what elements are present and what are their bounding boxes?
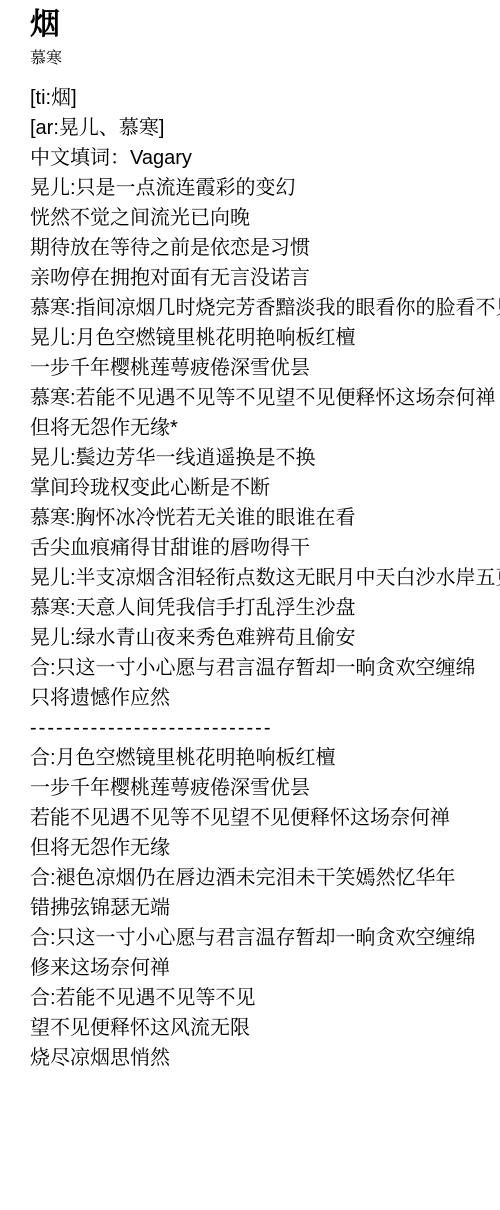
lyric-line: 慕寒:指间凉烟几时烧完芳香黯淡我的眼看你的脸看不见 [30,293,500,323]
lyric-line: 望不见便释怀这风流无限 [30,1013,500,1043]
lyric-line: 若能不见遇不见等不见望不见便释怀这场奈何禅 [30,803,500,833]
lyric-line: 慕寒:天意人间凭我信手打乱浮生沙盘 [30,593,500,623]
lyric-line: [ar:晃儿、慕寒] [30,113,500,143]
lyric-line: 期待放在等待之前是依恋是习惯 [30,233,500,263]
lyric-line: 合:褪色凉烟仍在唇边酒未完泪未干笑嫣然忆华年 [30,863,500,893]
lyric-line: 但将无怨作无缘* [30,413,500,443]
separator-line: ---------------------------- [30,713,500,743]
lyric-line: 亲吻停在拥抱对面有无言没诺言 [30,263,500,293]
lyric-line: 一步千年樱桃莲萼疲倦深雪优昙 [30,353,500,383]
lyric-line: 慕寒:若能不见遇不见等不见望不见便释怀这场奈何禅 [30,383,500,413]
lyric-line: 晃儿:只是一点流连霞彩的变幻 [30,173,500,203]
lyric-line: 合:月色空燃镜里桃花明艳响板红檀 [30,743,500,773]
page-title: 烟 [30,5,500,45]
lyric-line: 烧尽凉烟思悄然 [30,1043,500,1073]
lyric-line: 但将无怨作无缘 [30,833,500,863]
lyrics-block: [ti:烟][ar:晃儿、慕寒]中文填词：Vagary晃儿:只是一点流连霞彩的变… [30,83,500,1073]
lyric-line: 慕寒:胸怀冰冷恍若无关谁的眼谁在看 [30,503,500,533]
lyric-line: 中文填词：Vagary [30,143,500,173]
lyric-line: 合:若能不见遇不见等不见 [30,983,500,1013]
lyric-line: 错拂弦锦瑟无端 [30,893,500,923]
lyrics-page: 烟 慕寒 [ti:烟][ar:晃儿、慕寒]中文填词：Vagary晃儿:只是一点流… [0,0,500,1073]
lyric-line: 只将遗憾作应然 [30,683,500,713]
lyric-line: 一步千年樱桃莲萼疲倦深雪优昙 [30,773,500,803]
artist-name: 慕寒 [30,49,500,69]
lyric-line: 合:只这一寸小心愿与君言温存暂却一晌贪欢空缠绵 [30,923,500,953]
lyric-line: 晃儿:半支凉烟含泪轻衔点数这无眠月中天白沙水岸五更寒 [30,563,500,593]
lyric-line: 晃儿:鬓边芳华一线逍遥换是不换 [30,443,500,473]
lyric-line: 恍然不觉之间流光已向晚 [30,203,500,233]
lyric-line: 舌尖血痕痛得甘甜谁的唇吻得干 [30,533,500,563]
lyric-line: 掌间玲珑权变此心断是不断 [30,473,500,503]
lyric-line: 合:只这一寸小心愿与君言温存暂却一晌贪欢空缠绵 [30,653,500,683]
lyric-line: [ti:烟] [30,83,500,113]
lyric-line: 晃儿:月色空燃镜里桃花明艳响板红檀 [30,323,500,353]
lyric-line: 晃儿:绿水青山夜来秀色难辨苟且偷安 [30,623,500,653]
lyric-line: 修来这场奈何禅 [30,953,500,983]
